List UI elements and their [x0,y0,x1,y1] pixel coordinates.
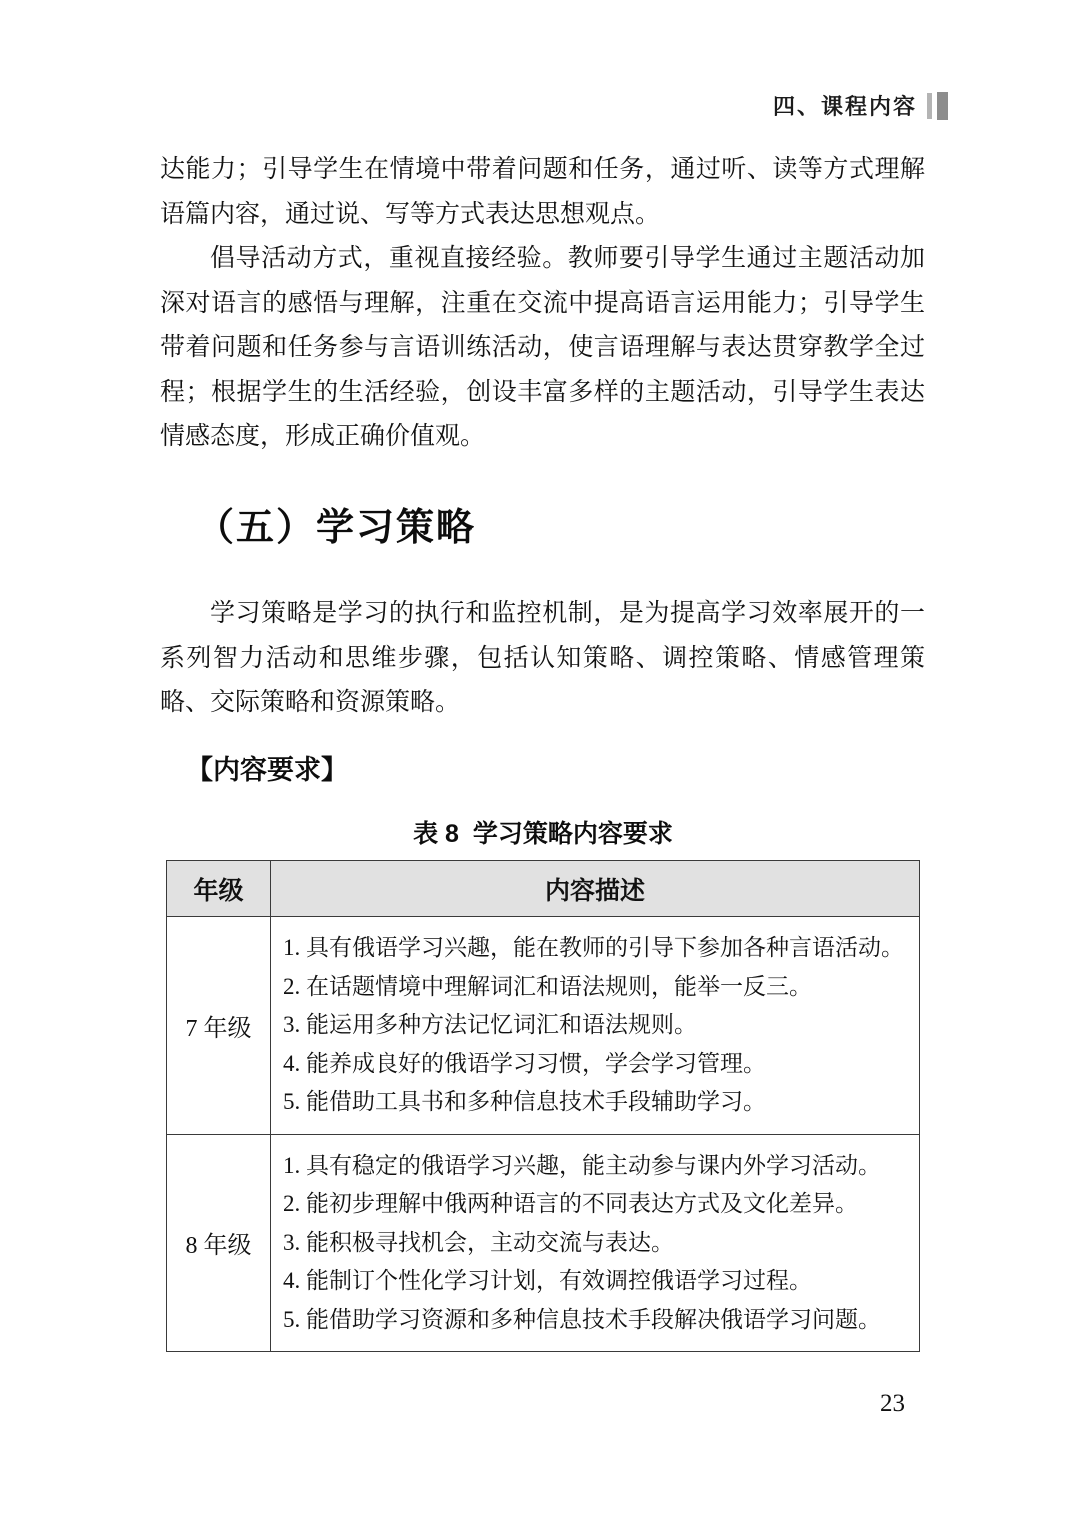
grade-cell: 7 年级 [167,917,271,1135]
content-item: 1. 具有俄语学习兴趣，能在教师的引导下参加各种言语活动。 [283,929,911,968]
body-paragraphs-top: 达能力；引导学生在情境中带着问题和任务，通过听、读等方式理解语篇内容，通过说、写… [160,148,925,460]
body-paragraphs-strategy: 学习策略是学习的执行和监控机制，是为提高学习效率展开的一系列智力活动和思维步骤，… [160,592,925,726]
content-cell: 1. 具有稳定的俄语学习兴趣，能主动参与课内外学习活动。2. 能初步理解中俄两种… [271,1134,920,1352]
content-item: 1. 具有稳定的俄语学习兴趣，能主动参与课内外学习活动。 [283,1147,911,1186]
table-header-row: 年级 内容描述 [167,861,920,917]
content-cell: 1. 具有俄语学习兴趣，能在教师的引导下参加各种言语活动。2. 在话题情境中理解… [271,917,920,1135]
paragraph-continuation: 达能力；引导学生在情境中带着问题和任务，通过听、读等方式理解语篇内容，通过说、写… [160,148,925,237]
content-item: 3. 能积极寻找机会，主动交流与表达。 [283,1224,911,1263]
requirements-label: 【内容要求】 [186,748,348,787]
content-requirements-table: 年级 内容描述 7 年级1. 具有俄语学习兴趣，能在教师的引导下参加各种言语活动… [166,860,920,1352]
running-header: 四、课程内容 [773,90,948,121]
page-number: 23 [880,1390,905,1418]
content-item: 2. 能初步理解中俄两种语言的不同表达方式及文化差异。 [283,1185,911,1224]
paragraph-strategy: 学习策略是学习的执行和监控机制，是为提高学习效率展开的一系列智力活动和思维步骤，… [160,592,925,726]
table-title: 表 8学习策略内容要求 [166,814,920,850]
content-item: 3. 能运用多种方法记忆词汇和语法规则。 [283,1006,911,1045]
grade-cell: 8 年级 [167,1134,271,1352]
content-item: 5. 能借助工具书和多种信息技术手段辅助学习。 [283,1083,911,1122]
header-bar-thin-icon [927,93,932,119]
table-row: 7 年级1. 具有俄语学习兴趣，能在教师的引导下参加各种言语活动。2. 在话题情… [167,917,920,1135]
header-bar-thick-icon [937,92,948,120]
section-heading: （五）学习策略 [196,496,476,551]
paragraph-activity: 倡导活动方式，重视直接经验。教师要引导学生通过主题活动加深对语言的感悟与理解，注… [160,237,925,460]
section-label: 四、课程内容 [773,90,917,121]
column-header-description: 内容描述 [271,861,920,917]
table-number: 表 8 [413,820,459,848]
content-item: 4. 能养成良好的俄语学习习惯，学会学习管理。 [283,1045,911,1084]
content-item: 2. 在话题情境中理解词汇和语法规则，能举一反三。 [283,968,911,1007]
content-item: 5. 能借助学习资源和多种信息技术手段解决俄语学习问题。 [283,1301,911,1340]
table-body: 7 年级1. 具有俄语学习兴趣，能在教师的引导下参加各种言语活动。2. 在话题情… [167,917,920,1352]
column-header-grade: 年级 [167,861,271,917]
table-row: 8 年级1. 具有稳定的俄语学习兴趣，能主动参与课内外学习活动。2. 能初步理解… [167,1134,920,1352]
table-title-text: 学习策略内容要求 [473,820,673,848]
content-item: 4. 能制订个性化学习计划，有效调控俄语学习过程。 [283,1262,911,1301]
